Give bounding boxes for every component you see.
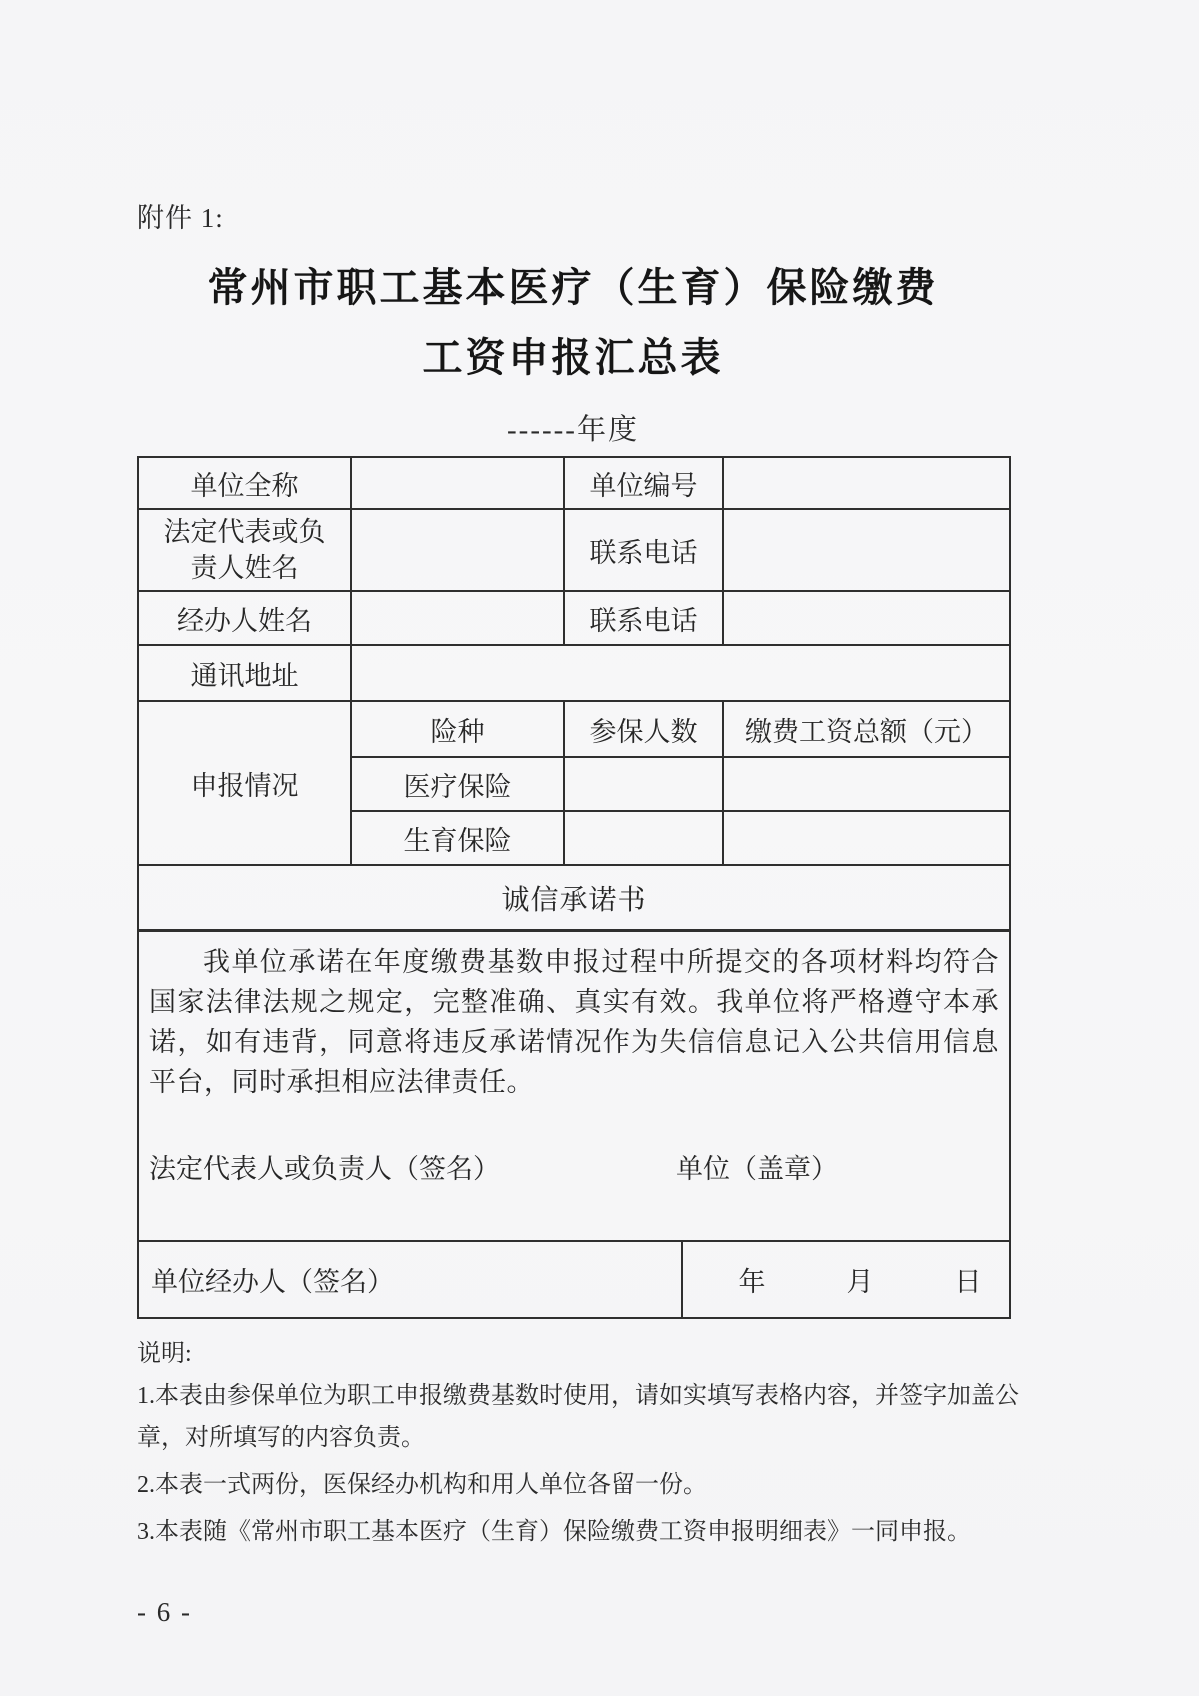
document-title-line1: 常州市职工基本医疗（生育）保险缴费	[137, 253, 1009, 323]
footer-row-cell: 单位经办人（签名） 年 月 日	[138, 1241, 1010, 1318]
table-row: 申报情况 险种 参保人数 缴费工资总额（元）	[138, 701, 1010, 757]
unit-name-value-cell	[351, 457, 564, 509]
table-row: 经办人姓名 联系电话	[138, 591, 1010, 645]
year-blank-line: ------年度	[137, 407, 1009, 448]
table-row: 法定代表或负 责人姓名 联系电话	[138, 509, 1010, 591]
document-page: 附件 1: 常州市职工基本医疗（生育）保险缴费 工资申报汇总表 ------年度…	[0, 0, 1199, 1696]
date-blank-label: 年 月 日	[683, 1242, 1009, 1317]
handler-signature-label: 单位经办人（签名）	[139, 1242, 683, 1317]
document-content: 附件 1: 常州市职工基本医疗（生育）保险缴费 工资申报汇总表 ------年度…	[137, 0, 1009, 1628]
unit-name-label: 单位全称	[138, 457, 351, 509]
wage-total-header: 缴费工资总额（元）	[723, 701, 1010, 757]
table-row: 诚信承诺书	[138, 865, 1010, 931]
address-label: 通讯地址	[138, 645, 351, 701]
attachment-label: 附件 1:	[137, 196, 1009, 235]
declaration-summary-table: 单位全称 单位编号 法定代表或负 责人姓名 联系电话 经办人姓名 联系电话	[137, 456, 1011, 1319]
note-item: 3.本表随《常州市职工基本医疗（生育）保险缴费工资申报明细表》一同申报。	[137, 1511, 1042, 1553]
handler-name-value-cell	[351, 591, 564, 645]
notes-heading: 说明:	[137, 1333, 1042, 1375]
contact-phone-value-cell	[723, 509, 1010, 591]
contact-phone-value-cell	[723, 591, 1010, 645]
medical-wage-total-cell	[723, 757, 1010, 811]
legal-rep-signature-label: 法定代表人或负责人（签名）	[149, 1152, 676, 1186]
address-value-cell	[351, 645, 1010, 701]
contact-phone-label: 联系电话	[564, 509, 723, 591]
legal-representative-label: 法定代表或负 责人姓名	[138, 509, 351, 591]
commitment-title: 诚信承诺书	[138, 865, 1010, 931]
notes-section: 说明: 1.本表由参保单位为职工申报缴费基数时使用，请如实填写表格内容，并签字加…	[137, 1333, 1042, 1553]
unit-code-value-cell	[723, 457, 1010, 509]
unit-code-label: 单位编号	[564, 457, 723, 509]
note-item: 2.本表一式两份，医保经办机构和用人单位各留一份。	[137, 1464, 1042, 1506]
footer-split: 单位经办人（签名） 年 月 日	[139, 1242, 1009, 1317]
commitment-signature-row: 法定代表人或负责人（签名） 单位（盖章）	[149, 1152, 999, 1186]
insured-count-header: 参保人数	[564, 701, 723, 757]
declaration-section-label: 申报情况	[138, 701, 351, 865]
maternity-wage-total-cell	[723, 811, 1010, 865]
table-row: 通讯地址	[138, 645, 1010, 701]
insurance-type-header: 险种	[351, 701, 564, 757]
unit-seal-label: 单位（盖章）	[676, 1152, 838, 1186]
medical-insurance-label: 医疗保险	[351, 757, 564, 811]
legal-representative-value-cell	[351, 509, 564, 591]
document-title: 常州市职工基本医疗（生育）保险缴费 工资申报汇总表	[137, 253, 1009, 393]
maternity-insured-count-cell	[564, 811, 723, 865]
commitment-body-text: 我单位承诺在年度缴费基数申报过程中所提交的各项材料均符合国家法律法规之规定，完整…	[149, 942, 999, 1102]
table-row: 单位全称 单位编号	[138, 457, 1010, 509]
contact-phone-label: 联系电话	[564, 591, 723, 645]
document-title-line2: 工资申报汇总表	[137, 323, 1009, 393]
handler-name-label: 经办人姓名	[138, 591, 351, 645]
table-row: 单位经办人（签名） 年 月 日	[138, 1241, 1010, 1318]
table-row: 我单位承诺在年度缴费基数申报过程中所提交的各项材料均符合国家法律法规之规定，完整…	[138, 931, 1010, 1242]
page-number: - 6 -	[137, 1597, 1009, 1628]
note-item: 1.本表由参保单位为职工申报缴费基数时使用，请如实填写表格内容，并签字加盖公章，…	[137, 1375, 1042, 1459]
maternity-insurance-label: 生育保险	[351, 811, 564, 865]
commitment-cell: 我单位承诺在年度缴费基数申报过程中所提交的各项材料均符合国家法律法规之规定，完整…	[138, 931, 1010, 1242]
medical-insured-count-cell	[564, 757, 723, 811]
